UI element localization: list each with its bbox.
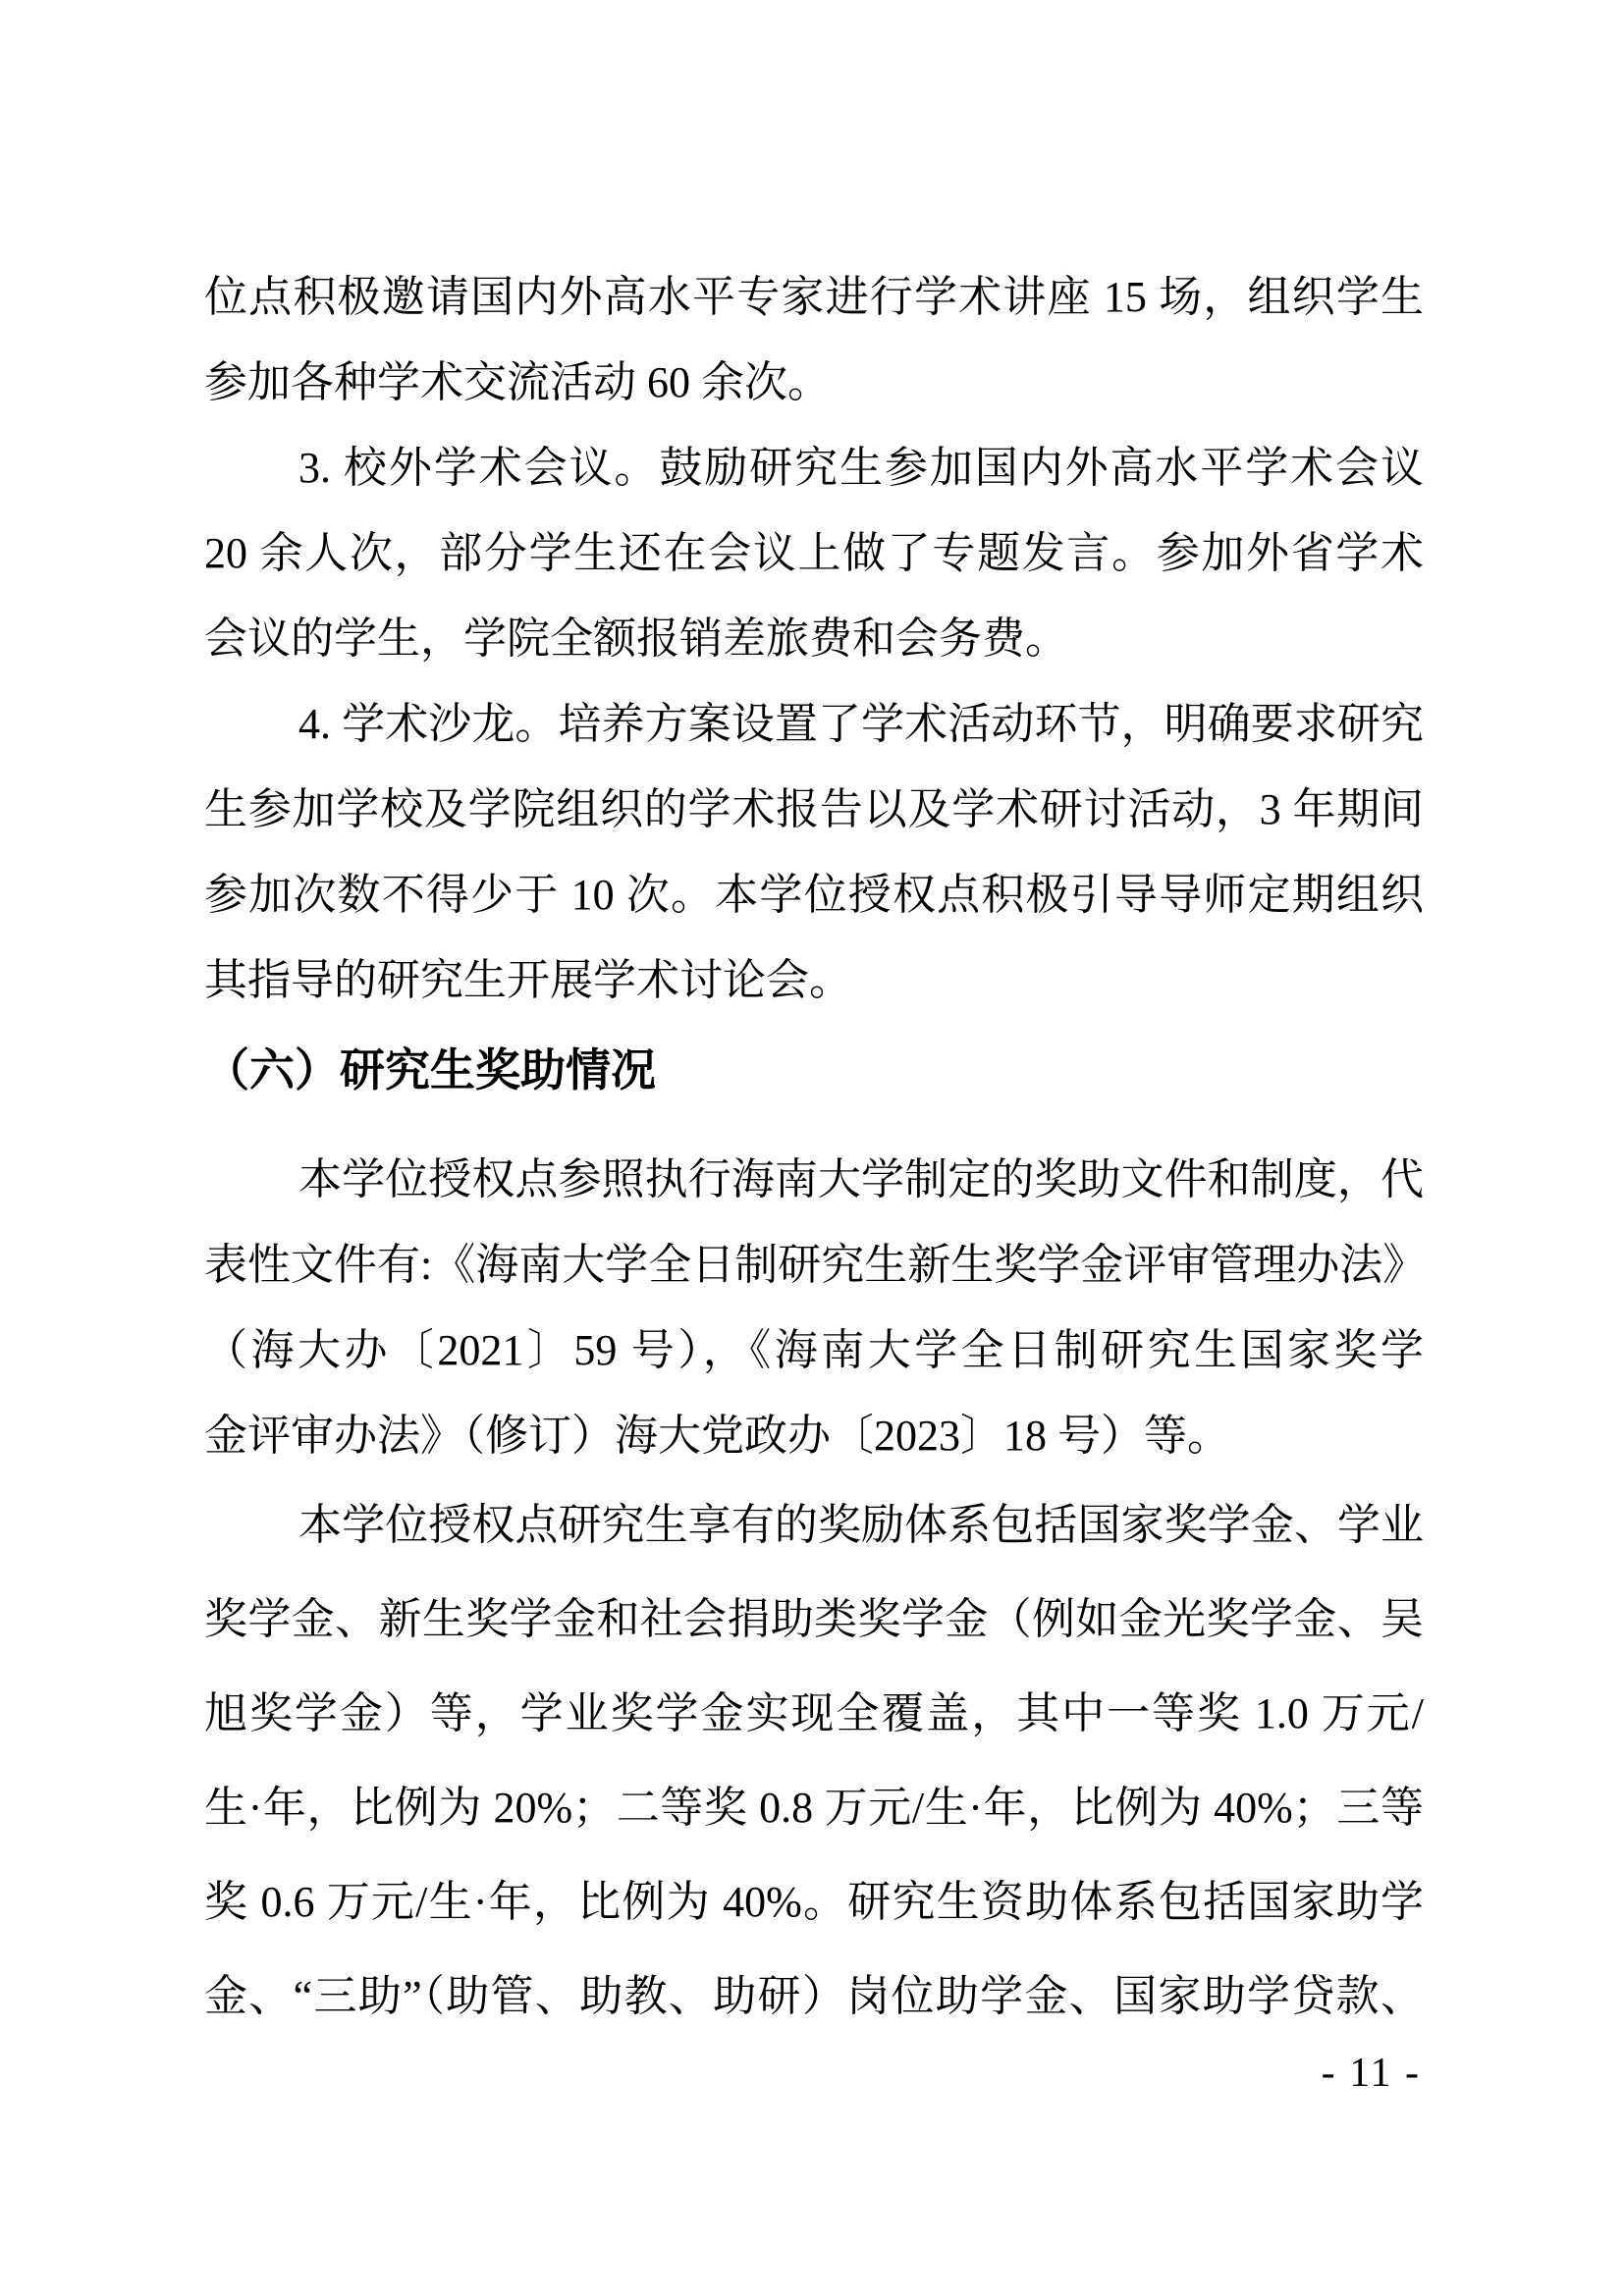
paragraph-academic-salon: 4. 学术沙龙。培养方案设置了学术活动环节，明确要求研究 生参加学校及学院组织的… [204, 681, 1424, 1023]
text-line: 表性文件有:《海南大学全日制研究生新生奖学金评审管理办法》 [204, 1222, 1424, 1308]
document-page: 位点积极邀请国内外高水平专家进行学术讲座 15 场，组织学生 参加各种学术交流活… [0, 0, 1624, 2296]
text-line: 金评审办法》（修订）海大党政办〔2023〕18 号）等。 [204, 1393, 1424, 1478]
text-line: 其指导的研究生开展学术讨论会。 [204, 937, 1424, 1023]
text-line: 本学位授权点参照执行海南大学制定的奖助文件和制度，代 [204, 1137, 1424, 1222]
text-line: 3. 校外学术会议。鼓励研究生参加国内外高水平学术会议 [204, 425, 1424, 510]
text-line: 会议的学生，学院全额报销差旅费和会务费。 [204, 596, 1424, 681]
text-line: 本学位授权点研究生享有的奖励体系包括国家奖学金、学业 [204, 1478, 1424, 1573]
text-line: 参加各种学术交流活动 60 余次。 [204, 340, 1424, 425]
paragraph-academic-lectures: 位点积极邀请国内外高水平专家进行学术讲座 15 场，组织学生 参加各种学术交流活… [204, 254, 1424, 425]
text-line: 位点积极邀请国内外高水平专家进行学术讲座 15 场，组织学生 [204, 254, 1424, 340]
text-line: 旭奖学金）等，学业奖学金实现全覆盖，其中一等奖 1.0 万元/ [204, 1667, 1424, 1761]
text-line: 奖学金、新生奖学金和社会捐助类奖学金（例如金光奖学金、吴 [204, 1573, 1424, 1667]
text-line: 奖 0.6 万元/生·年，比例为 40%。研究生资助体系包括国家助学 [204, 1855, 1424, 1949]
paragraph-scholarship-policies: 本学位授权点参照执行海南大学制定的奖助文件和制度，代 表性文件有:《海南大学全日… [204, 1137, 1424, 1478]
section-heading: （六）研究生奖助情况 [204, 1028, 1424, 1113]
text-line: 生·年，比例为 20%；二等奖 0.8 万元/生·年，比例为 40%；三等 [204, 1761, 1424, 1855]
text-line: 金、“三助”（助管、助教、助研）岗位助学金、国家助学贷款、 [204, 1949, 1424, 2044]
paragraph-external-conferences: 3. 校外学术会议。鼓励研究生参加国内外高水平学术会议 20 余人次，部分学生还… [204, 425, 1424, 681]
text-line: （海大办〔2021〕59 号），《海南大学全日制研究生国家奖学 [204, 1308, 1424, 1393]
text-line: 参加次数不得少于 10 次。本学位授权点积极引导导师定期组织 [204, 852, 1424, 937]
text-line: 4. 学术沙龙。培养方案设置了学术活动环节，明确要求研究 [204, 681, 1424, 767]
paragraph-scholarship-system: 本学位授权点研究生享有的奖励体系包括国家奖学金、学业 奖学金、新生奖学金和社会捐… [204, 1478, 1424, 2044]
text-line: 生参加学校及学院组织的学术报告以及学术研讨活动，3 年期间 [204, 767, 1424, 852]
document-body: 位点积极邀请国内外高水平专家进行学术讲座 15 场，组织学生 参加各种学术交流活… [204, 254, 1424, 2044]
page-number: - 11 - [1322, 2050, 1421, 2097]
text-line: 20 余人次，部分学生还在会议上做了专题发言。参加外省学术 [204, 510, 1424, 596]
